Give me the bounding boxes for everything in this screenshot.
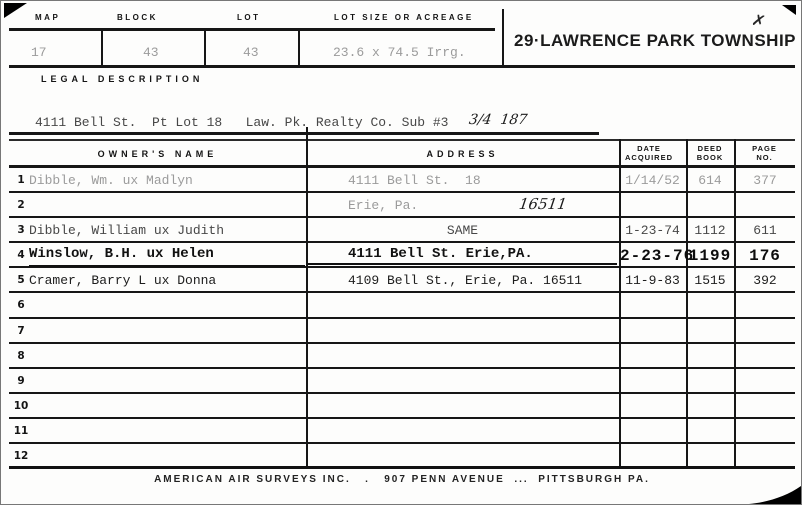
owner-name	[29, 419, 305, 444]
page-no	[735, 444, 795, 469]
table-row: 12	[9, 444, 795, 469]
township-title: 29·LAWRENCE PARK TOWNSHIP	[514, 31, 796, 51]
owner-name: Dibble, William ux Judith	[29, 218, 305, 243]
row-number: 10	[13, 394, 29, 419]
lot-label: LOT	[237, 13, 261, 22]
handwritten-underline	[613, 266, 795, 268]
page-no	[735, 344, 795, 369]
property-record-card: ✗ MAP BLOCK LOT LOT SIZE OR ACREAGE 17 4…	[0, 0, 802, 505]
table-row: 10	[9, 394, 795, 419]
owner-address	[308, 419, 617, 444]
deed-book	[687, 394, 733, 419]
owner-address	[308, 369, 617, 394]
row-number: 2	[13, 193, 29, 218]
page-no	[735, 419, 795, 444]
row-number: 8	[13, 344, 29, 369]
date-acquired: 1-23-74	[620, 218, 685, 243]
handwritten-check-icon: ✗	[749, 10, 767, 32]
table-row: 2Erie, Pa.16511	[9, 193, 795, 218]
deed-book	[687, 444, 733, 469]
corner-fold-mark-right	[782, 5, 796, 15]
handwritten-zip: 16511	[517, 192, 568, 217]
date-acquired: 1/14/52	[620, 168, 685, 193]
date-acquired	[620, 193, 685, 218]
owner-address: 4111 Bell St. Erie,PA.	[308, 243, 617, 265]
row-number: 9	[13, 369, 29, 394]
owner-address	[308, 344, 617, 369]
owners-table: OWNER'S NAME ADDRESS DATE ACQUIRED DEED …	[9, 139, 795, 469]
deed-book: 1112	[687, 218, 733, 243]
page-no	[735, 319, 795, 344]
owner-address: 4109 Bell St., Erie, Pa. 16511	[308, 268, 617, 293]
owner-name	[29, 344, 305, 369]
deed-book	[687, 369, 733, 394]
page-no	[735, 193, 795, 218]
deed-book: 1515	[687, 268, 733, 293]
table-row: 3Dibble, William ux JudithSAME1-23-74111…	[9, 218, 795, 243]
deed-book	[687, 293, 733, 318]
deed-book	[687, 344, 733, 369]
owner-address	[308, 319, 617, 344]
row-number: 12	[13, 444, 29, 469]
table-rows: 1Dibble, Wm. ux Madlyn4111 Bell St. 181/…	[9, 168, 795, 469]
page-no-column-header: PAGE NO.	[734, 144, 795, 162]
page-no	[735, 394, 795, 419]
owner-name	[29, 193, 305, 218]
page-no: 392	[735, 268, 795, 293]
owner-address: Erie, Pa.	[308, 193, 617, 218]
corner-fold-mark	[4, 3, 27, 18]
row-number: 7	[13, 319, 29, 344]
deed-book	[687, 319, 733, 344]
map-value: 17	[31, 45, 47, 60]
owner-name	[29, 369, 305, 394]
page-no: 611	[735, 218, 795, 243]
address-column-header: ADDRESS	[306, 149, 619, 159]
legal-description-rule	[9, 132, 599, 135]
date-acquired	[620, 293, 685, 318]
lot-size-label: LOT SIZE OR ACREAGE	[334, 13, 474, 22]
title-divider	[502, 9, 504, 67]
date-acquired: 2-23-76	[620, 243, 685, 268]
table-row: 6	[9, 293, 795, 318]
table-top-rule	[9, 139, 795, 141]
date-acquired	[620, 394, 685, 419]
table-row: 11	[9, 419, 795, 444]
owner-name	[29, 394, 305, 419]
deed-book: 1199	[687, 243, 733, 268]
owner-name: Cramer, Barry L ux Donna	[29, 268, 305, 293]
deed-book	[687, 193, 733, 218]
legal-description-label: LEGAL DESCRIPTION	[41, 74, 203, 84]
table-row: 9	[9, 369, 795, 394]
legal-description-typed: 4111 Bell St. Pt Lot 18 Law. Pk. Realty …	[35, 115, 448, 130]
table-row: 5Cramer, Barry L ux Donna4109 Bell St., …	[9, 268, 795, 293]
top-table-rule	[9, 28, 495, 31]
date-acquired	[620, 344, 685, 369]
divider	[204, 31, 206, 65]
table-row: 1Dibble, Wm. ux Madlyn4111 Bell St. 181/…	[9, 168, 795, 193]
row-number: 5	[13, 268, 29, 293]
block-label: BLOCK	[117, 13, 158, 22]
date-acquired	[620, 369, 685, 394]
row-number: 4	[13, 243, 29, 268]
date-acquired	[620, 419, 685, 444]
divider	[101, 31, 103, 65]
legal-description-handwritten: 3/4 187	[468, 112, 528, 128]
table-row: 7	[9, 319, 795, 344]
row-number: 1	[13, 168, 29, 193]
owner-name	[29, 319, 305, 344]
page-curl-shadow	[749, 486, 801, 504]
lot-size-value: 23.6 x 74.5 Irrg.	[333, 45, 466, 60]
block-value: 43	[143, 45, 159, 60]
table-row: 4Winslow, B.H. ux Helen4111 Bell St. Eri…	[9, 243, 795, 268]
page-no	[735, 369, 795, 394]
deed-book	[687, 419, 733, 444]
lot-value: 43	[243, 45, 259, 60]
owner-address	[308, 293, 617, 318]
owner-name	[29, 444, 305, 469]
map-label: MAP	[35, 13, 60, 22]
table-row: 8	[9, 344, 795, 369]
owner-address: SAME	[308, 218, 617, 243]
top-table-bottom-rule	[9, 65, 795, 68]
owner-name: Winslow, B.H. ux Helen	[29, 243, 305, 267]
date-acquired	[620, 444, 685, 469]
owner-address: 4111 Bell St. 18	[308, 168, 617, 193]
row-number: 6	[13, 293, 29, 318]
owner-name: Dibble, Wm. ux Madlyn	[29, 168, 305, 193]
page-no	[735, 293, 795, 318]
deed-book-column-header: DEED BOOK	[686, 144, 734, 162]
owner-address	[308, 444, 617, 469]
row-number: 3	[13, 218, 29, 243]
page-no: 377	[735, 168, 795, 193]
date-acquired: 11-9-83	[620, 268, 685, 293]
owner-column-header: OWNER'S NAME	[9, 149, 306, 159]
date-acquired-column-header: DATE ACQUIRED	[612, 144, 686, 162]
footer-imprint: AMERICAN AIR SURVEYS INC. . 907 PENN AVE…	[9, 474, 795, 485]
row-number: 11	[13, 419, 29, 444]
deed-book: 614	[687, 168, 733, 193]
owner-address	[308, 394, 617, 419]
divider	[298, 31, 300, 65]
date-acquired	[620, 319, 685, 344]
page-no: 176	[735, 243, 795, 268]
owner-name	[29, 293, 305, 318]
